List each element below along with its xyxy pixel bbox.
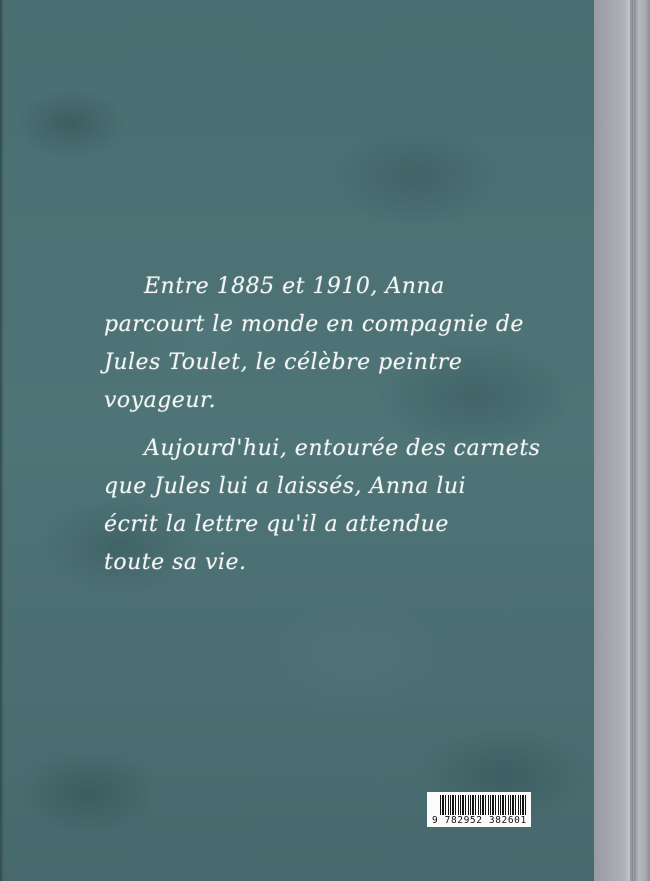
blurb-line: parcourt le monde en compagnie de [104,306,544,344]
back-cover: Entre 1885 et 1910, Anna parcourt le mon… [0,0,594,881]
blurb-line: voyageur. [104,382,544,420]
blurb-paragraph-1: Entre 1885 et 1910, Anna parcourt le mon… [104,268,544,420]
blurb-line: toute sa vie. [104,544,544,582]
blurb-line: Jules Toulet, le célèbre peintre [104,344,544,382]
book-spine [594,0,650,881]
isbn-number: 9 782952 382601 [432,815,526,826]
cover-edge-shadow [0,0,4,881]
spine-crease [630,0,633,881]
blurb-paragraph-2: Aujourd'hui, entourée des carnets que Ju… [104,430,544,582]
blurb-line: écrit la lettre qu'il a attendue [104,506,544,544]
blurb-line: Aujourd'hui, entourée des carnets [104,430,544,468]
barcode-bars [440,795,526,815]
blurb-line: Entre 1885 et 1910, Anna [104,268,544,306]
isbn-barcode: 9 782952 382601 [427,792,531,827]
blurb-line: que Jules lui a laissés, Anna lui [104,468,544,506]
blurb-text: Entre 1885 et 1910, Anna parcourt le mon… [104,268,544,582]
